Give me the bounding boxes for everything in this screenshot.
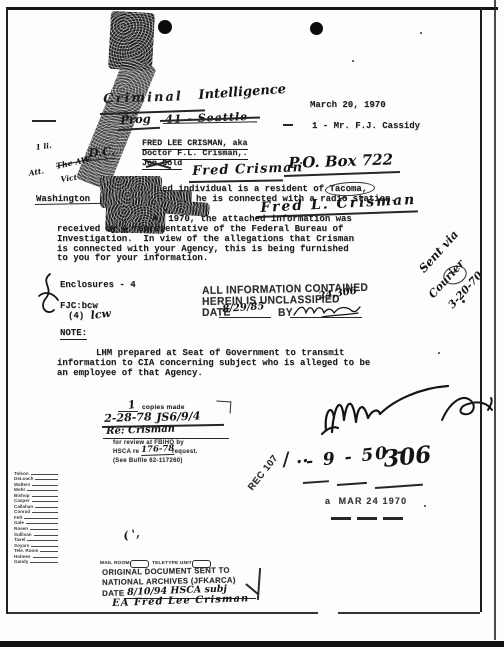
signature-scrawl-2: [438, 388, 496, 428]
routing-name-label: Tavel: [14, 537, 25, 542]
scan-border-right-outer: [494, 0, 496, 640]
handwritten-file-number-big: 306: [382, 441, 433, 473]
routing-name-label: Conrad: [14, 509, 30, 514]
routing-blank-line: [32, 501, 58, 502]
review-stamp-line2-post: request.: [172, 449, 198, 455]
handwritten-lcw: lcw: [90, 307, 112, 322]
signature-scrawl-1: [320, 378, 455, 436]
routing-name-label: Sullivan: [14, 532, 32, 537]
routing-blank-line: [26, 523, 58, 524]
body-p2-line2: received by a representative of the Fede…: [57, 224, 343, 234]
handwritten-criminal: Criminal: [103, 89, 183, 107]
mail-room-label: MAIL ROOM: [100, 561, 130, 566]
margin-dash: [32, 120, 56, 122]
routing-name-label: DeLoach: [14, 476, 33, 481]
routing-blank-line: [35, 507, 58, 508]
rec-stamp: REC 107: [246, 453, 281, 493]
stamp-date-blank-line: [219, 317, 271, 318]
file-underline: [303, 480, 329, 484]
routing-name-label: Tele. Room: [14, 548, 38, 553]
routing-name-label: Holmes: [14, 554, 31, 559]
stamp-corner-bracket: [216, 400, 232, 413]
teletype-label: TELETYPE UNIT: [152, 561, 192, 566]
stamp-side-bracket: [257, 568, 261, 600]
routing-name-label: Soyars: [14, 543, 29, 548]
bufile-stamp: (See Bufile 62-117260): [113, 458, 183, 464]
handwritten-margin-note: Att.: [28, 166, 45, 178]
routing-blank-line: [34, 535, 58, 536]
routing-blank-line: [32, 512, 58, 513]
stamp-dash: [357, 517, 377, 520]
ink-speck: [424, 505, 426, 507]
memo-distribution: 1 - Mr. F.J. Cassidy: [312, 121, 420, 131]
routing-name-label: Bishop: [14, 493, 30, 498]
body-p2-line1: 4, 1970, the attached information was: [152, 214, 352, 224]
handwritten-intelligence: Intelligence: [198, 82, 286, 103]
note-line1: LHM prepared at Seat of Government to tr…: [96, 348, 344, 358]
routing-blank-line: [32, 496, 58, 497]
routing-blank-line: [27, 540, 58, 541]
handwritten-bottom-scrawl: ( ',: [122, 527, 141, 543]
file-underline: [337, 482, 367, 486]
note-label-text: NOTE:: [60, 328, 87, 340]
note-label: NOTE:: [60, 328, 87, 338]
memo-date: March 20, 1970: [310, 100, 386, 110]
pencil-line: [103, 438, 229, 439]
routing-name-label: Mohr: [14, 487, 25, 492]
received-date-stamp: a MAR 24 1970: [325, 496, 407, 506]
routing-name-label: Gandy: [14, 559, 28, 564]
routing-blank-line: [32, 485, 58, 486]
file-underline: [375, 484, 423, 490]
routing-name-label: Callahan: [14, 504, 33, 509]
stamp-by-blank-line: [290, 317, 362, 318]
scan-border-bottom-a: [8, 612, 318, 614]
routing-name-label: Rosen: [14, 526, 28, 531]
ink-speck: [420, 32, 422, 34]
scan-border-top: [6, 7, 498, 10]
hole-punch-left: [158, 20, 172, 34]
routing-list: Tolson DeLoach Walters Mohr Bishop Caspe…: [14, 470, 60, 564]
routing-blank-line: [30, 529, 58, 530]
hole-punch-right: [310, 22, 323, 35]
small-dash: [283, 124, 293, 126]
handwritten-prog: Prog: [120, 111, 151, 127]
routing-blank-line: [35, 479, 58, 480]
handwritten-margin-note: Vict: [60, 173, 78, 184]
archives-stamp-date-label: DATE: [102, 589, 125, 598]
handwritten-copies-initials: JS6/9/4: [156, 409, 201, 424]
scan-border-left: [6, 8, 8, 614]
review-stamp-line2-pre: HSCA re: [113, 449, 139, 455]
handwritten-re-crisman: Re: Crisman: [106, 424, 175, 437]
routing-name-label: Walters: [14, 482, 30, 487]
routing-blank-line: [33, 557, 58, 558]
routing-blank-line: [30, 562, 58, 563]
enclosure-checkmark-scrawl: [36, 272, 60, 318]
pencil-underline-washington: [35, 203, 101, 205]
ink-speck: [438, 352, 440, 354]
ink-speck: [352, 60, 354, 62]
handwritten-copies-count: 1: [127, 398, 136, 412]
routing-name-label: Casper: [14, 498, 30, 503]
routing-name-label: Gale: [14, 520, 24, 525]
routing-blank-line: [31, 474, 58, 475]
routing-blank-line: [40, 551, 58, 552]
stamp-dash: [331, 517, 351, 520]
scan-bottom-band: [0, 641, 504, 647]
handwritten-copies-date: 2-28-78: [104, 410, 152, 425]
routing-blank-line: [27, 490, 58, 491]
routing-blank-line: [31, 546, 58, 547]
routing-name-label: Felt: [14, 515, 22, 520]
handwritten-po-box: P.O. Box 722: [288, 150, 393, 172]
stamp-dash: [383, 517, 403, 520]
handwritten-margin-note: 1 li.: [35, 141, 52, 152]
pencil-line: [189, 179, 283, 182]
scan-border-right-inner: [480, 8, 482, 612]
body-p2-line3: Investigation. In view of the allegation…: [57, 234, 354, 244]
copy-count: (4): [68, 311, 84, 321]
handwritten-unclass-date: 8/29/85: [222, 301, 265, 315]
handwritten-dc: D.C.: [88, 144, 116, 161]
routing-name-label: Tolson: [14, 471, 29, 476]
scan-border-bottom-b: [338, 612, 480, 614]
note-line3: an employee of that Agency.: [57, 368, 203, 378]
note-line2: information to CIA concerning subject wh…: [57, 358, 370, 368]
body-p2-line4: is connected with your Agency, this is b…: [57, 244, 349, 254]
routing-blank-line: [24, 518, 58, 519]
body-p2-line5: to you for your information.: [57, 253, 208, 263]
handwritten-hsca-ref: 176-78: [141, 444, 174, 456]
scanned-document-page: Criminal Intelligence Prog 41 - Seattle …: [0, 0, 504, 649]
routing-name: Gandy: [14, 559, 60, 565]
enclosures-line: Enclosures - 4: [60, 280, 136, 290]
